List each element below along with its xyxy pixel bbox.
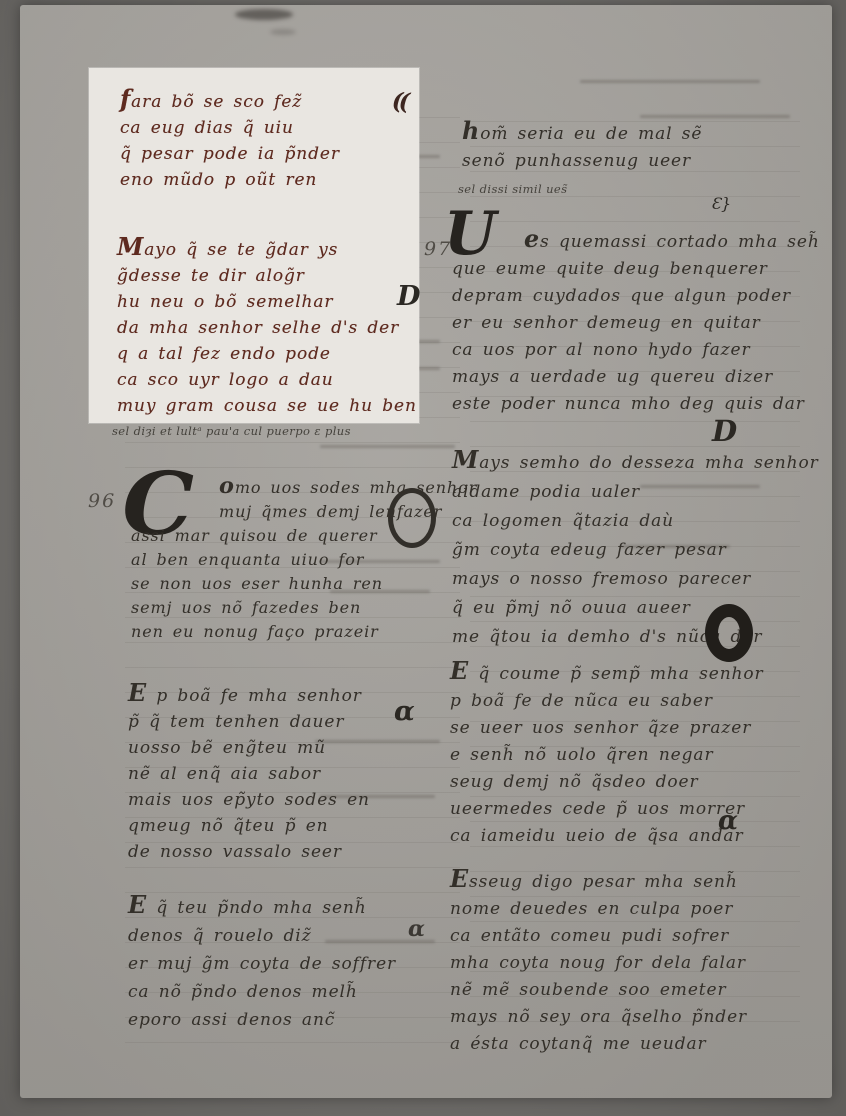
- verse-line: E q̃ coume p̃ semp̃ mha senhor: [450, 658, 764, 688]
- verse-line: me q̃tou ia demho d's nũca dar: [452, 623, 819, 652]
- verse-line: muj q̃mes demj lenfazer: [219, 500, 477, 524]
- verse-line: este poder nunca mho deg quis dar: [452, 391, 820, 418]
- show-through-stroke: [580, 80, 760, 83]
- verse-line: se non uos eser hunha ren: [131, 572, 477, 596]
- verse-line: qmeug nõ q̃teu p̃ en: [128, 813, 370, 839]
- verse-line: eporo assi denos anc̃: [128, 1006, 396, 1034]
- ink-smudge-top-2: [270, 29, 296, 35]
- verse-line: uosso bẽ eng̃teu mũ: [128, 735, 370, 761]
- verse-line: fara bõ se sco fez̃: [120, 86, 340, 115]
- verse-line: ca eug dias q̃ uiu: [120, 115, 340, 141]
- verse-line: E p boã fe mha senhor: [128, 680, 370, 709]
- verse-line: p boã fe de nũca eu saber: [450, 688, 764, 715]
- verse-line: hom̃ seria eu de mal sẽ: [462, 118, 702, 148]
- stanza-left-5: E q̃ teu p̃ndo mha senh̃denos q̃ rouelo …: [128, 891, 396, 1034]
- verse-line: ca sco uyr logo a dau: [117, 367, 417, 393]
- verse-line: ueermedes cede p̃ uos morrer: [450, 796, 764, 823]
- show-through-stroke: [320, 445, 455, 448]
- verse-line: omo uos sodes mha senhor: [219, 474, 477, 500]
- margin-a-mark-icon: ɑ: [394, 696, 415, 727]
- verse-line: nen eu nonug faço prazeir: [131, 620, 477, 644]
- stanza-left-3: omo uos sodes mha senhormuj q̃mes demj l…: [131, 474, 477, 644]
- verse-line: mays a uerdade ug quereu dizer: [452, 364, 820, 391]
- guide-letter-d-icon: D: [712, 414, 737, 448]
- verse-line: E q̃ teu p̃ndo mha senh̃: [128, 891, 396, 922]
- verse-line: g̃m coyta edeug fazer pesar: [452, 536, 819, 565]
- verse-line: mays o nosso fremoso parecer: [452, 565, 819, 594]
- verse-line: Mayo q̃ se te g̃dar ys: [117, 234, 417, 263]
- verse-line: p̃ q̃ tem tenhen dauer: [128, 709, 370, 735]
- verse-line: hu neu o bõ semelhar: [117, 289, 417, 315]
- verse-line: assi mar quisou de querer: [131, 524, 477, 548]
- verse-line: er eu senhor demeug en quitar: [452, 310, 820, 337]
- stanza-left-1: fara bõ se sco fez̃ca eug dias q̃ uiuq̃ …: [120, 86, 340, 193]
- verse-line: nẽ mẽ soubende soo emeter: [450, 977, 747, 1004]
- verse-line: ca entãto comeu pudi sofrer: [450, 923, 747, 950]
- verse-line: ca iameidu ueio de q̃sa andar: [450, 823, 764, 850]
- verse-line: eno mũdo p oũt ren: [120, 167, 340, 193]
- verse-line: se ueer uos senhor q̃ze prazer: [450, 715, 764, 742]
- verse-line: es quemassi cortado mha seh̃: [524, 226, 820, 256]
- margin-a-mark-icon: ɑ: [718, 806, 738, 836]
- stanza-right-5: Esseug digo pesar mha senh̃nome deuedes …: [450, 866, 747, 1058]
- folio-number-96: 96: [88, 490, 116, 512]
- filled-o-initial: [705, 604, 753, 662]
- verse-line: Mays semho do desseza mha senhor: [452, 446, 819, 478]
- colocci-annotation-right: sel dissi simil ues̃: [458, 182, 567, 196]
- verse-line: mais uos ep̃yto sodes en: [128, 787, 370, 813]
- verse-line: ca nõ p̃ndo denos melh̃: [128, 978, 396, 1006]
- verse-line: q a tal fez endo pode: [117, 341, 417, 367]
- verse-line: nome deuedes en culpa poer: [450, 896, 747, 923]
- stanza-right-4: E q̃ coume p̃ semp̃ mha senhorp boã fe d…: [450, 658, 764, 850]
- ink-smudge-top: [235, 9, 293, 20]
- verse-line: al ben enquanta uiuo for: [131, 548, 477, 572]
- margin-a-mark-icon: ɑ: [408, 916, 425, 942]
- verse-line: que eume quite deug benquerer: [452, 256, 820, 283]
- verse-line: q̃ pesar pode ia p̃nder: [120, 141, 340, 167]
- manuscript-photo: fara bõ se sco fez̃ca eug dias q̃ uiuq̃ …: [0, 0, 846, 1116]
- verse-line: da mha senhor selhe d's der: [117, 315, 417, 341]
- verse-line: denos q̃ rouelo diz̃: [128, 922, 396, 950]
- verse-line: ca uos por al nono hydo fazer: [452, 337, 820, 364]
- verse-line: muy gram cousa se ue hu ben: [117, 393, 417, 419]
- stanza-right-1: hom̃ seria eu de mal sẽsenõ punhassenug …: [462, 118, 702, 175]
- verse-line: ca logomen q̃tazia daù: [452, 507, 819, 536]
- paragraph-mark-icon: ((: [391, 88, 407, 116]
- verse-line: semj uos nõ fazedes ben: [131, 596, 477, 620]
- colocci-e-brace-mark-icon: Ɛ}: [711, 194, 731, 213]
- stanza-left-4: E p boã fe mha senhorp̃ q̃ tem tenhen da…: [128, 680, 370, 865]
- colocci-annotation-left: sel diȝi et lultᵃ pau'a cul puerpo ε plu…: [112, 424, 351, 438]
- verse-line: seug demj nõ q̃sdeo doer: [450, 769, 764, 796]
- verse-line: q̃ eu p̃mj nõ ouua aueer: [452, 594, 819, 623]
- verse-line: er muj g̃m coyta de soffrer: [128, 950, 396, 978]
- guide-letter-d-icon: D: [397, 281, 420, 312]
- stanza-right-3: Mays semho do desseza mha senhoraidame p…: [452, 446, 819, 652]
- verse-line: mha coyta noug for dela falar: [450, 950, 747, 977]
- verse-line: g̃desse te dir alog̃r: [117, 263, 417, 289]
- verse-line: de nosso vassalo seer: [128, 839, 370, 865]
- verse-line: a ésta coytanq̃ me ueudar: [450, 1031, 747, 1058]
- verse-line: depram cuydados que algun poder: [452, 283, 820, 310]
- stanza-right-2: es quemassi cortado mha seh̃que eume qui…: [452, 226, 820, 418]
- verse-line: nẽ al enq̃ aia sabor: [128, 761, 370, 787]
- verse-line: senõ punhassenug ueer: [462, 148, 702, 175]
- verse-line: e senh̃ nõ uolo q̃ren negar: [450, 742, 764, 769]
- verse-line: mays nõ sey ora q̃selho p̃nder: [450, 1004, 747, 1031]
- stanza-left-2: Mayo q̃ se te g̃dar ysg̃desse te dir alo…: [117, 234, 417, 419]
- verse-line: Esseug digo pesar mha senh̃: [450, 866, 747, 896]
- verse-line: aidame podia ualer: [452, 478, 819, 507]
